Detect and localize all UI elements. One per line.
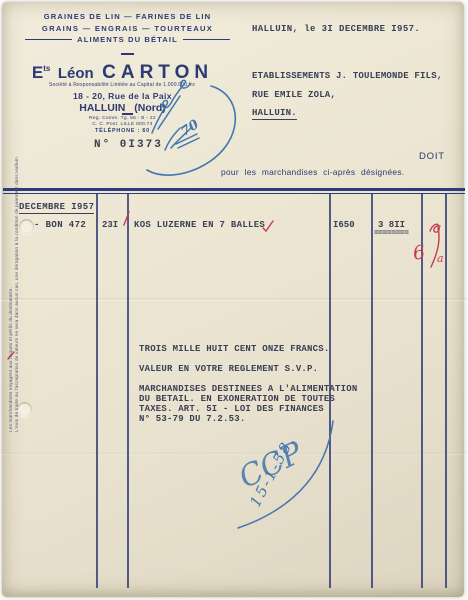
ccp-flourish-stroke [238, 421, 333, 528]
red-check-marks [8, 212, 440, 359]
margin-notice: L'Avis de traite ou l'acceptation de val… [4, 246, 20, 432]
scanned-invoice: GRAINES DE LIN — FARINES DE LIN GRAINS —… [0, 0, 468, 600]
handwriting-overlay [0, 0, 468, 600]
signature-squiggle [147, 80, 235, 175]
margin-notice-line1: L'Avis de traite ou l'acceptation de val… [14, 246, 20, 432]
